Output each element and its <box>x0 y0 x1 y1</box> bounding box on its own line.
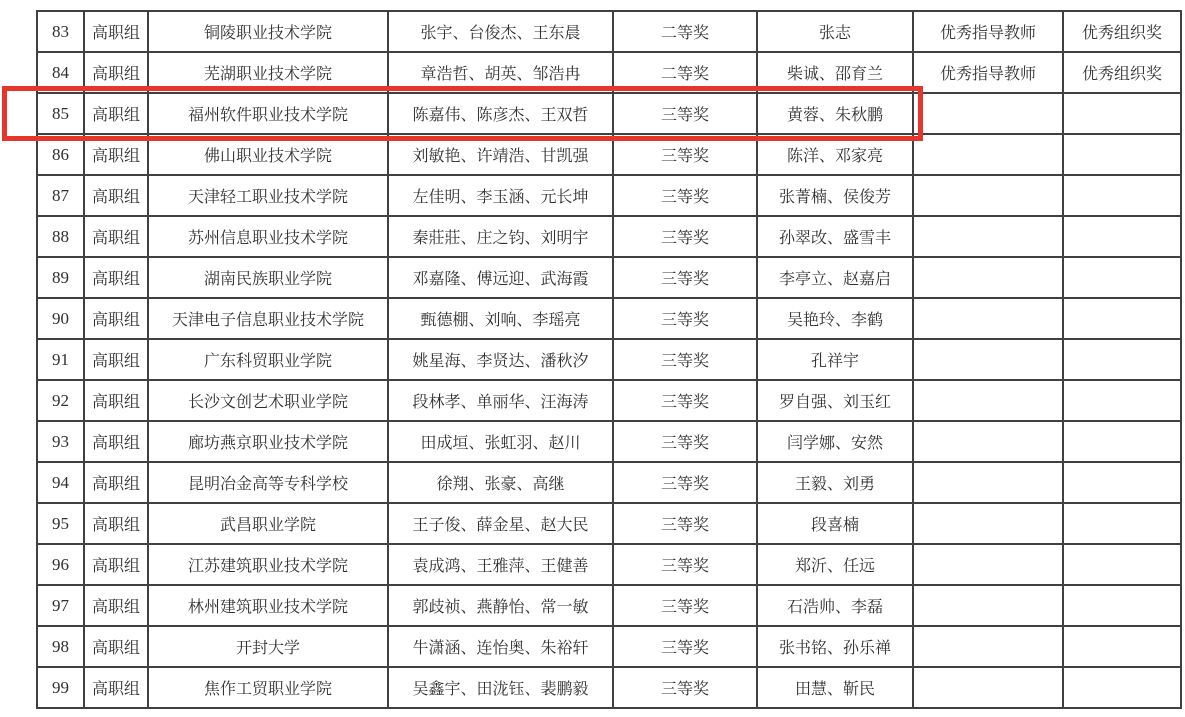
cell-teachers: 罗自强、刘玉红 <box>757 380 913 421</box>
cell-school: 武昌职业学院 <box>148 503 388 544</box>
cell-students: 陈嘉伟、陈彦杰、王双哲 <box>388 93 613 134</box>
cell-group: 高职组 <box>84 11 148 52</box>
cell-serial-number: 97 <box>37 585 84 626</box>
cell-teachers: 黄蓉、朱秋鹏 <box>757 93 913 134</box>
cell-serial-number: 92 <box>37 380 84 421</box>
cell-school: 焦作工贸职业学院 <box>148 667 388 708</box>
cell-students: 姚星海、李贤达、潘秋汐 <box>388 339 613 380</box>
table-row: 92 高职组 长沙文创艺术职业学院 段林孝、单丽华、汪海涛 三等奖 罗自强、刘玉… <box>37 380 1181 421</box>
cell-teacher-award <box>913 216 1063 257</box>
cell-teacher-award <box>913 462 1063 503</box>
cell-award-level: 三等奖 <box>613 257 757 298</box>
cell-school: 湖南民族职业学院 <box>148 257 388 298</box>
cell-school: 昆明冶金高等专科学校 <box>148 462 388 503</box>
cell-school: 铜陵职业技术学院 <box>148 11 388 52</box>
cell-award-level: 三等奖 <box>613 626 757 667</box>
cell-award-level: 三等奖 <box>613 421 757 462</box>
cell-serial-number: 90 <box>37 298 84 339</box>
cell-award-level: 三等奖 <box>613 503 757 544</box>
cell-students: 郭歧祯、燕静怡、常一敏 <box>388 585 613 626</box>
cell-teacher-award <box>913 257 1063 298</box>
cell-serial-number: 91 <box>37 339 84 380</box>
cell-teacher-award <box>913 626 1063 667</box>
cell-teachers: 张菁楠、侯俊芳 <box>757 175 913 216</box>
cell-school: 廊坊燕京职业技术学院 <box>148 421 388 462</box>
cell-school: 长沙文创艺术职业学院 <box>148 380 388 421</box>
cell-serial-number: 84 <box>37 52 84 93</box>
cell-teachers: 李亭立、赵嘉启 <box>757 257 913 298</box>
cell-students: 吴鑫宇、田泷钰、裴鹏毅 <box>388 667 613 708</box>
cell-org-award <box>1063 93 1181 134</box>
table-row: 98 高职组 开封大学 牛潇涵、连怡奥、朱裕轩 三等奖 张书铭、孙乐禅 <box>37 626 1181 667</box>
cell-award-level: 三等奖 <box>613 134 757 175</box>
table-row: 93 高职组 廊坊燕京职业技术学院 田成垣、张虹羽、赵川 三等奖 闫学娜、安然 <box>37 421 1181 462</box>
cell-teacher-award <box>913 585 1063 626</box>
cell-school: 天津轻工职业技术学院 <box>148 175 388 216</box>
table-row: 90 高职组 天津电子信息职业技术学院 甄德棚、刘响、李瑶亮 三等奖 吴艳玲、李… <box>37 298 1181 339</box>
cell-org-award: 优秀组织奖 <box>1063 52 1181 93</box>
cell-award-level: 三等奖 <box>613 380 757 421</box>
cell-teacher-award <box>913 339 1063 380</box>
cell-group: 高职组 <box>84 503 148 544</box>
cell-org-award <box>1063 626 1181 667</box>
cell-school: 天津电子信息职业技术学院 <box>148 298 388 339</box>
cell-teachers: 孔祥宇 <box>757 339 913 380</box>
cell-teacher-award <box>913 298 1063 339</box>
award-list-page: 83 高职组 铜陵职业技术学院 张宇、台俊杰、王东晨 二等奖 张志 优秀指导教师… <box>0 0 1185 717</box>
table-row: 97 高职组 林州建筑职业技术学院 郭歧祯、燕静怡、常一敏 三等奖 石浩帅、李磊 <box>37 585 1181 626</box>
cell-group: 高职组 <box>84 544 148 585</box>
cell-serial-number: 93 <box>37 421 84 462</box>
cell-teachers: 郑沂、任远 <box>757 544 913 585</box>
cell-school: 江苏建筑职业技术学院 <box>148 544 388 585</box>
cell-students: 王子俊、薛金星、赵大民 <box>388 503 613 544</box>
cell-students: 甄德棚、刘响、李瑶亮 <box>388 298 613 339</box>
cell-school: 福州软件职业技术学院 <box>148 93 388 134</box>
cell-teacher-award <box>913 544 1063 585</box>
cell-teacher-award: 优秀指导教师 <box>913 11 1063 52</box>
cell-group: 高职组 <box>84 134 148 175</box>
cell-group: 高职组 <box>84 626 148 667</box>
table-row: 95 高职组 武昌职业学院 王子俊、薛金星、赵大民 三等奖 段喜楠 <box>37 503 1181 544</box>
table-row: 83 高职组 铜陵职业技术学院 张宇、台俊杰、王东晨 二等奖 张志 优秀指导教师… <box>37 11 1181 52</box>
cell-teacher-award <box>913 134 1063 175</box>
cell-org-award <box>1063 380 1181 421</box>
cell-teacher-award <box>913 421 1063 462</box>
table-row: 85 高职组 福州软件职业技术学院 陈嘉伟、陈彦杰、王双哲 三等奖 黄蓉、朱秋鹏 <box>37 93 1181 134</box>
cell-group: 高职组 <box>84 93 148 134</box>
cell-award-level: 二等奖 <box>613 11 757 52</box>
cell-org-award: 优秀组织奖 <box>1063 11 1181 52</box>
cell-org-award <box>1063 175 1181 216</box>
cell-org-award <box>1063 544 1181 585</box>
cell-teachers: 田慧、靳民 <box>757 667 913 708</box>
cell-school: 苏州信息职业技术学院 <box>148 216 388 257</box>
cell-teachers: 吴艳玲、李鹤 <box>757 298 913 339</box>
table-row: 89 高职组 湖南民族职业学院 邓嘉隆、傅远迎、武海霞 三等奖 李亭立、赵嘉启 <box>37 257 1181 298</box>
cell-teacher-award <box>913 503 1063 544</box>
cell-teachers: 柴诚、邵育兰 <box>757 52 913 93</box>
cell-serial-number: 87 <box>37 175 84 216</box>
table-row: 94 高职组 昆明冶金高等专科学校 徐翔、张豪、高继 三等奖 王毅、刘勇 <box>37 462 1181 503</box>
cell-group: 高职组 <box>84 667 148 708</box>
cell-teacher-award: 优秀指导教师 <box>913 52 1063 93</box>
cell-students: 徐翔、张豪、高继 <box>388 462 613 503</box>
table-row: 96 高职组 江苏建筑职业技术学院 袁成鸿、王雅萍、王健善 三等奖 郑沂、任远 <box>37 544 1181 585</box>
cell-serial-number: 88 <box>37 216 84 257</box>
cell-group: 高职组 <box>84 52 148 93</box>
table-row: 84 高职组 芜湖职业技术学院 章浩哲、胡英、邹浩冉 二等奖 柴诚、邵育兰 优秀… <box>37 52 1181 93</box>
cell-serial-number: 98 <box>37 626 84 667</box>
cell-group: 高职组 <box>84 339 148 380</box>
cell-school: 广东科贸职业学院 <box>148 339 388 380</box>
cell-serial-number: 83 <box>37 11 84 52</box>
cell-teachers: 张志 <box>757 11 913 52</box>
cell-serial-number: 96 <box>37 544 84 585</box>
cell-teachers: 孙翠改、盛雪丰 <box>757 216 913 257</box>
cell-group: 高职组 <box>84 298 148 339</box>
cell-award-level: 三等奖 <box>613 93 757 134</box>
cell-students: 牛潇涵、连怡奥、朱裕轩 <box>388 626 613 667</box>
table-row: 87 高职组 天津轻工职业技术学院 左佳明、李玉涵、元长坤 三等奖 张菁楠、侯俊… <box>37 175 1181 216</box>
cell-group: 高职组 <box>84 380 148 421</box>
cell-award-level: 三等奖 <box>613 339 757 380</box>
cell-org-award <box>1063 503 1181 544</box>
cell-teachers: 闫学娜、安然 <box>757 421 913 462</box>
cell-org-award <box>1063 257 1181 298</box>
cell-school: 芜湖职业技术学院 <box>148 52 388 93</box>
cell-award-level: 三等奖 <box>613 216 757 257</box>
cell-org-award <box>1063 216 1181 257</box>
cell-students: 章浩哲、胡英、邹浩冉 <box>388 52 613 93</box>
cell-group: 高职组 <box>84 216 148 257</box>
table-row: 99 高职组 焦作工贸职业学院 吴鑫宇、田泷钰、裴鹏毅 三等奖 田慧、靳民 <box>37 667 1181 708</box>
cell-org-award <box>1063 667 1181 708</box>
cell-award-level: 三等奖 <box>613 544 757 585</box>
award-table: 83 高职组 铜陵职业技术学院 张宇、台俊杰、王东晨 二等奖 张志 优秀指导教师… <box>36 10 1182 709</box>
cell-students: 段林孝、单丽华、汪海涛 <box>388 380 613 421</box>
cell-serial-number: 94 <box>37 462 84 503</box>
cell-group: 高职组 <box>84 421 148 462</box>
cell-group: 高职组 <box>84 175 148 216</box>
cell-org-award <box>1063 339 1181 380</box>
cell-school: 林州建筑职业技术学院 <box>148 585 388 626</box>
cell-org-award <box>1063 298 1181 339</box>
cell-teachers: 张书铭、孙乐禅 <box>757 626 913 667</box>
cell-teacher-award <box>913 175 1063 216</box>
cell-award-level: 三等奖 <box>613 298 757 339</box>
cell-teachers: 王毅、刘勇 <box>757 462 913 503</box>
cell-group: 高职组 <box>84 585 148 626</box>
cell-teachers: 石浩帅、李磊 <box>757 585 913 626</box>
cell-org-award <box>1063 134 1181 175</box>
cell-students: 秦莊莊、庄之钧、刘明宇 <box>388 216 613 257</box>
cell-students: 刘敏艳、许靖浩、甘凯强 <box>388 134 613 175</box>
cell-school: 佛山职业技术学院 <box>148 134 388 175</box>
cell-award-level: 二等奖 <box>613 52 757 93</box>
cell-students: 张宇、台俊杰、王东晨 <box>388 11 613 52</box>
cell-serial-number: 95 <box>37 503 84 544</box>
cell-group: 高职组 <box>84 462 148 503</box>
cell-students: 左佳明、李玉涵、元长坤 <box>388 175 613 216</box>
cell-award-level: 三等奖 <box>613 175 757 216</box>
cell-school: 开封大学 <box>148 626 388 667</box>
cell-students: 袁成鸿、王雅萍、王健善 <box>388 544 613 585</box>
cell-serial-number: 89 <box>37 257 84 298</box>
cell-org-award <box>1063 585 1181 626</box>
cell-serial-number: 85 <box>37 93 84 134</box>
cell-serial-number: 86 <box>37 134 84 175</box>
cell-award-level: 三等奖 <box>613 585 757 626</box>
cell-org-award <box>1063 421 1181 462</box>
cell-award-level: 三等奖 <box>613 462 757 503</box>
cell-teacher-award <box>913 380 1063 421</box>
table-row: 86 高职组 佛山职业技术学院 刘敏艳、许靖浩、甘凯强 三等奖 陈洋、邓家亮 <box>37 134 1181 175</box>
cell-teachers: 段喜楠 <box>757 503 913 544</box>
cell-teacher-award <box>913 667 1063 708</box>
table-row: 88 高职组 苏州信息职业技术学院 秦莊莊、庄之钧、刘明宇 三等奖 孙翠改、盛雪… <box>37 216 1181 257</box>
cell-org-award <box>1063 462 1181 503</box>
table-row: 91 高职组 广东科贸职业学院 姚星海、李贤达、潘秋汐 三等奖 孔祥宇 <box>37 339 1181 380</box>
cell-students: 邓嘉隆、傅远迎、武海霞 <box>388 257 613 298</box>
cell-teachers: 陈洋、邓家亮 <box>757 134 913 175</box>
cell-award-level: 三等奖 <box>613 667 757 708</box>
cell-serial-number: 99 <box>37 667 84 708</box>
cell-students: 田成垣、张虹羽、赵川 <box>388 421 613 462</box>
cell-group: 高职组 <box>84 257 148 298</box>
cell-teacher-award <box>913 93 1063 134</box>
